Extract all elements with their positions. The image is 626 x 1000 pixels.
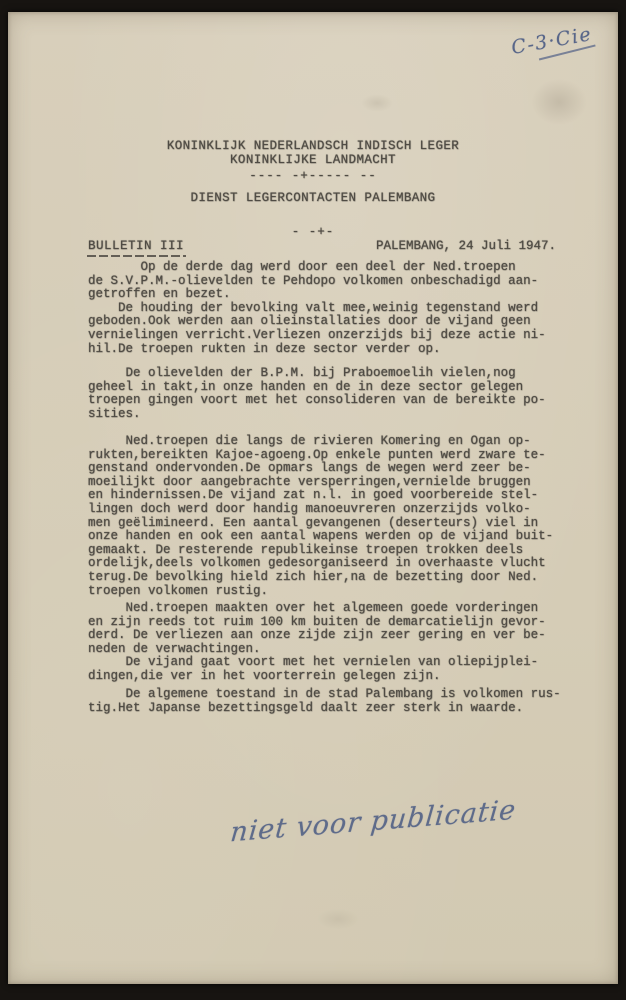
body-paragraph-5: De algemene toestand in de stad Palemban… [88,688,561,715]
bulletin-title: BULLETIN III [88,239,184,255]
body-paragraph-1: Op de derde dag werd door een deel der N… [88,261,546,356]
header-separator-2: - -+- [8,225,618,239]
org-name-line-1: KONINKLIJK NEDERLANDSCH INDISCH LEGER [8,139,618,153]
header-separator-1: ---- -+----- -- [8,169,618,183]
handwritten-not-for-publication-note: niet voor publicatie [229,795,518,849]
body-paragraph-3: Ned.troepen die langs de rivieren Komeri… [88,435,553,598]
paper-stain [308,904,368,934]
body-paragraph-4: Ned.troepen maakten over het algemeen go… [88,602,546,684]
body-paragraph-2: De olievelden der B.P.M. bij Praboemoeli… [88,367,546,421]
department-line: DIENST LEGERCONTACTEN PALEMBANG [8,191,618,205]
document-page: C-3·Cie KONINKLIJK NEDERLANDSCH INDISCH … [8,12,618,984]
org-name-line-2: KONINKLIJKE LANDMACHT [8,153,618,167]
handwritten-unit-mark: C-3·Cie [509,23,593,59]
paper-stain [520,70,598,134]
handwritten-unit-mark-text: C-3·Cie [509,23,593,59]
paper-stain [354,90,400,116]
scan-background: C-3·Cie KONINKLIJK NEDERLANDSCH INDISCH … [0,0,626,1000]
bulletin-header-row: BULLETIN III PALEMBANG, 24 Juli 1947. [88,239,556,255]
dateline: PALEMBANG, 24 Juli 1947. [376,239,556,253]
